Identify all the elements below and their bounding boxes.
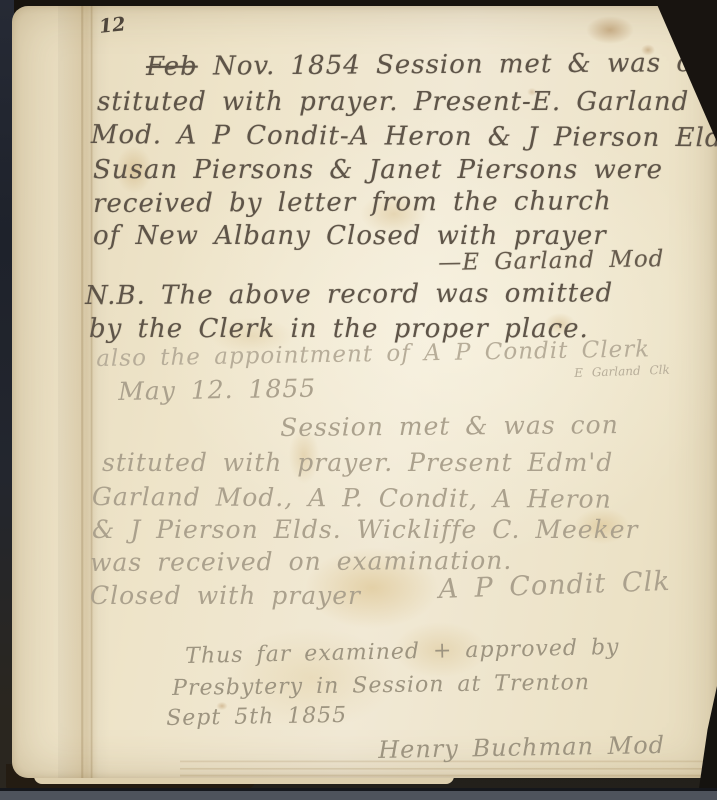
signature-e-garland-mod: —E Garland Mod: [438, 246, 665, 276]
manuscript-line-text: Nov. 1854 Session met & was con-: [213, 48, 717, 82]
manuscript-photo: 12 Feb Nov. 1854 Session met & was con- …: [0, 0, 717, 800]
manuscript-line: Garland Mod., A P. Condit, A Heron: [92, 482, 612, 514]
manuscript-line: Mod. A P Condit-A Heron & J Pierson Elds: [91, 120, 717, 153]
entry-date: May 12. 1855: [118, 374, 316, 406]
presbytery-note-line: Sept 5th 1855: [166, 703, 347, 731]
table-surface: [0, 788, 717, 800]
manuscript-line: stituted with prayer. Present-E. Garland: [97, 87, 689, 117]
manuscript-line: of New Albany Closed with prayer: [93, 221, 607, 251]
manuscript-line: N.B. The above record was omitted: [85, 278, 613, 311]
manuscript-line: Session met & was con: [280, 410, 619, 442]
manuscript-line: & J Pierson Elds. Wickliffe C. Meeker: [92, 515, 639, 544]
manuscript-line: received by letter from the church: [93, 186, 612, 219]
manuscript-line: stituted with prayer. Present Edm'd: [102, 448, 613, 477]
manuscript-line: Feb Nov. 1854 Session met & was con-: [146, 48, 717, 82]
signature-henry-buchman-mod: Henry Buchman Mod: [378, 731, 665, 764]
struck-word: Feb: [146, 52, 198, 82]
page-number: 12: [98, 13, 127, 38]
manuscript-line: Susan Piersons & Janet Piersons were: [93, 155, 663, 185]
manuscript-line: was received on examination.: [90, 546, 512, 577]
manuscript-line: Closed with prayer: [90, 581, 361, 610]
